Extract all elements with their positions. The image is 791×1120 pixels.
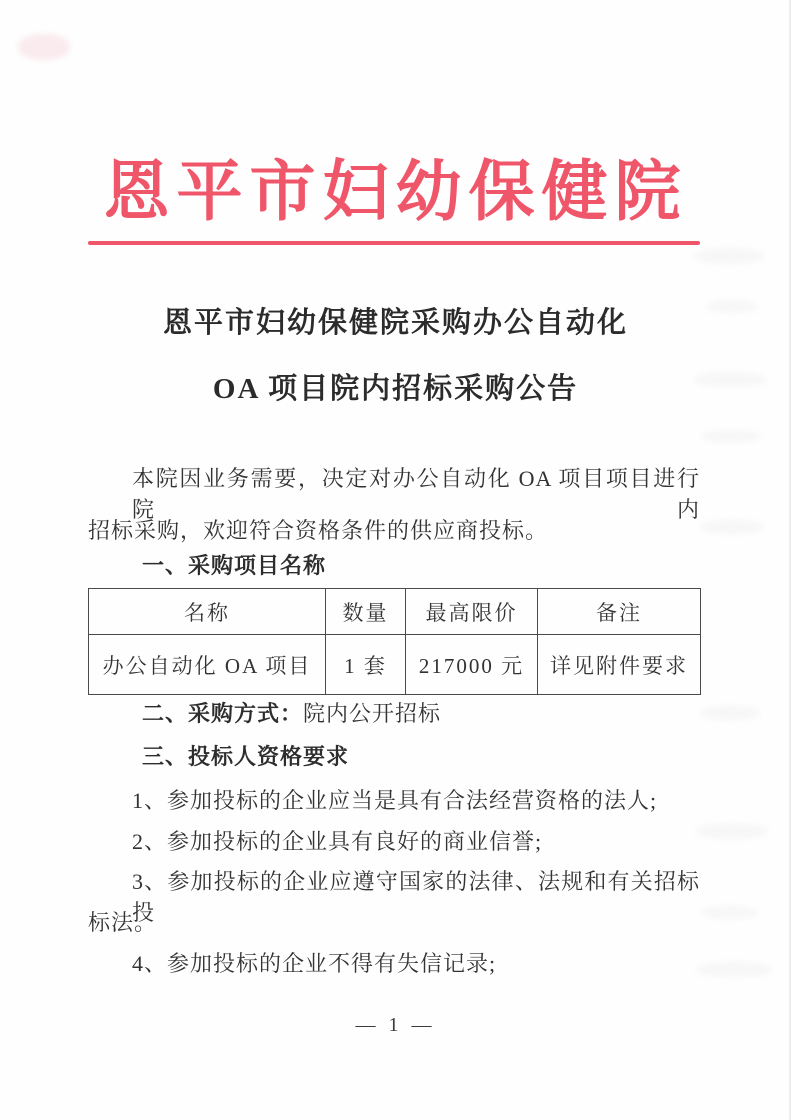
section2-heading: 二、采购方式：院内公开招标 <box>142 697 441 728</box>
qualification-item-2: 2、参加投标的企业具有良好的商业信誉; <box>132 825 542 856</box>
page-number: — 1 — <box>0 1014 791 1037</box>
scan-bleedthrough <box>694 248 764 264</box>
table-cell-qty: 1 套 <box>326 635 406 695</box>
section2-value: 院内公开招标 <box>303 701 441 726</box>
letterhead-title: 恩平市妇幼保健院 <box>0 138 791 233</box>
qualification-item-3-line1: 3、参加投标的企业应遵守国家的法律、法规和有关招标投 <box>88 865 700 927</box>
qualification-item-3-line2: 标法。 <box>88 906 157 937</box>
procurement-table: 名称 数量 最高限价 备注 办公自动化 OA 项目 1 套 217000 元 详… <box>88 588 701 695</box>
section3-heading: 三、投标人资格要求 <box>142 740 349 771</box>
table-header-price: 最高限价 <box>406 589 538 635</box>
document-title-line2: OA 项目院内招标采购公告 <box>0 366 791 407</box>
scanned-document-page: 恩平市妇幼保健院 恩平市妇幼保健院采购办公自动化 OA 项目院内招标采购公告 本… <box>0 0 791 1120</box>
qualification-item-4: 4、参加投标的企业不得有失信记录; <box>132 947 496 978</box>
table-header-qty: 数量 <box>326 589 406 635</box>
table-header-row: 名称 数量 最高限价 备注 <box>89 589 701 635</box>
table-cell-name: 办公自动化 OA 项目 <box>89 635 326 695</box>
table-cell-price: 217000 元 <box>406 635 538 695</box>
letterhead-rule <box>88 241 700 245</box>
scan-bleedthrough <box>702 906 758 919</box>
scan-bleedthrough <box>696 962 772 977</box>
section2-label: 二、采购方式： <box>142 701 303 726</box>
document-title-line1: 恩平市妇幼保健院采购办公自动化 <box>0 300 791 341</box>
table-header-name: 名称 <box>89 589 326 635</box>
scan-bleedthrough <box>702 430 760 443</box>
scan-bleedthrough <box>700 706 760 720</box>
intro-paragraph-line2: 招标采购，欢迎符合资格条件的供应商投标。 <box>88 514 548 545</box>
table-row: 办公自动化 OA 项目 1 套 217000 元 详见附件要求 <box>89 635 701 695</box>
table-header-remark: 备注 <box>538 589 701 635</box>
section1-heading: 一、采购项目名称 <box>142 549 326 580</box>
qualification-item-1: 1、参加投标的企业应当是具有合法经营资格的法人; <box>132 784 657 815</box>
scan-bleedthrough <box>700 520 764 534</box>
scan-bleedthrough <box>696 824 768 839</box>
table-cell-remark: 详见附件要求 <box>538 635 701 695</box>
scan-smudge <box>18 34 70 60</box>
